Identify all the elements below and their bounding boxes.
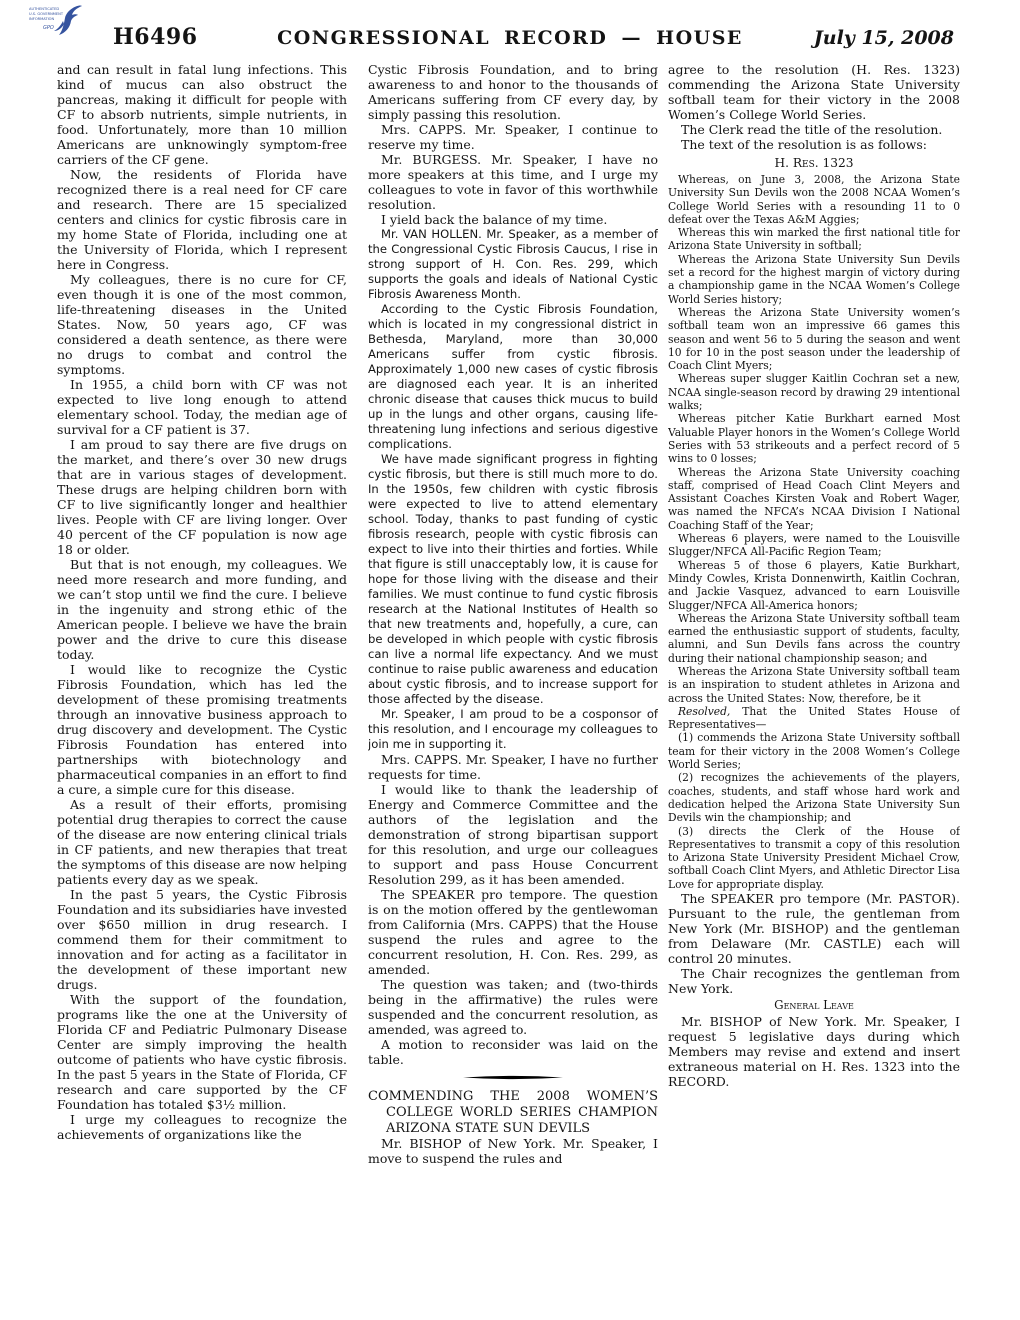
whereas-clause: Whereas this win marked the first nation… bbox=[668, 226, 960, 253]
stamp-line: INFORMATION bbox=[29, 17, 55, 21]
resolution-number-heading: H. Res. 1323 bbox=[668, 155, 960, 171]
record-title: CONGRESSIONAL RECORD — HOUSE bbox=[200, 27, 820, 49]
body-paragraph: As a result of their efforts, promising … bbox=[57, 797, 347, 887]
whereas-clause: Whereas the Arizona State University coa… bbox=[668, 466, 960, 532]
inserted-remarks-paragraph: We have made significant progress in fig… bbox=[368, 452, 658, 707]
body-paragraph: I urge my colleagues to recognize the ac… bbox=[57, 1112, 347, 1142]
resolution-clause: (3) directs the Clerk of the House of Re… bbox=[668, 825, 960, 891]
body-paragraph: In the past 5 years, the Cystic Fibrosis… bbox=[57, 887, 347, 992]
page-number: H6496 bbox=[113, 24, 198, 50]
body-paragraph: In 1955, a child born with CF was not ex… bbox=[57, 377, 347, 437]
resolution-clause: (2) recognizes the achievements of the p… bbox=[668, 771, 960, 824]
body-paragraph: A motion to reconsider was laid on the t… bbox=[368, 1037, 658, 1067]
stamp-gpo-label: GPO bbox=[43, 25, 54, 31]
whereas-clause: Whereas the Arizona State University Sun… bbox=[668, 253, 960, 306]
inserted-remarks-paragraph: Mr. VAN HOLLEN. Mr. Speaker, as a member… bbox=[368, 227, 658, 302]
gpo-eagle-icon: AUTHENTICATED U.S. GOVERNMENT INFORMATIO… bbox=[27, 3, 89, 37]
section-divider bbox=[463, 1074, 563, 1081]
column-1: and can result in fatal lung infections.… bbox=[57, 62, 347, 1242]
general-leave-heading: General Leave bbox=[668, 998, 960, 1013]
congressional-record-page: { "header": { "page_number": "H6496", "t… bbox=[0, 0, 1020, 1320]
whereas-clause: Whereas the Arizona State University sof… bbox=[668, 665, 960, 705]
gpo-authenticated-seal: AUTHENTICATED U.S. GOVERNMENT INFORMATIO… bbox=[27, 3, 89, 41]
resolved-clause: Resolved, That the United States House o… bbox=[668, 705, 960, 732]
whereas-clause: Whereas 6 players, were named to the Lou… bbox=[668, 532, 960, 559]
body-paragraph: and can result in fatal lung infections.… bbox=[57, 62, 347, 167]
stamp-line: U.S. GOVERNMENT bbox=[29, 12, 64, 16]
stamp-line: AUTHENTICATED bbox=[29, 7, 59, 11]
body-paragraph: The Clerk read the title of the resoluti… bbox=[668, 122, 960, 137]
resolution-clause: (1) commends the Arizona State Universit… bbox=[668, 731, 960, 771]
whereas-clause: Whereas pitcher Katie Burkhart earned Mo… bbox=[668, 412, 960, 465]
whereas-clause: Whereas, on June 3, 2008, the Arizona St… bbox=[668, 173, 960, 226]
column-3: agree to the resolution (H. Res. 1323) c… bbox=[668, 62, 960, 1242]
body-paragraph: Mr. BISHOP of New York. Mr. Speaker, I m… bbox=[368, 1136, 658, 1166]
body-paragraph: I am proud to say there are five drugs o… bbox=[57, 437, 347, 557]
body-paragraph: Mr. BURGESS. Mr. Speaker, I have no more… bbox=[368, 152, 658, 212]
body-paragraph: Cystic Fibrosis Foundation, and to bring… bbox=[368, 62, 658, 122]
body-paragraph: Mrs. CAPPS. Mr. Speaker, I continue to r… bbox=[368, 122, 658, 152]
body-paragraph: I would like to thank the leadership of … bbox=[368, 782, 658, 887]
resolved-word: Resolved, bbox=[678, 705, 730, 718]
whereas-clause: Whereas the Arizona State University sof… bbox=[668, 612, 960, 665]
body-paragraph: The question was taken; and (two-thirds … bbox=[368, 977, 658, 1037]
body-paragraph: Mr. BISHOP of New York. Mr. Speaker, I r… bbox=[668, 1014, 960, 1089]
body-paragraph: But that is not enough, my colleagues. W… bbox=[57, 557, 347, 662]
section-heading: COMMENDING THE 2008 WOMEN’S COLLEGE WORL… bbox=[368, 1089, 658, 1136]
body-paragraph: I yield back the balance of my time. bbox=[368, 212, 658, 227]
body-paragraph: The SPEAKER pro tempore (Mr. PASTOR). Pu… bbox=[668, 891, 960, 966]
whereas-clause: Whereas the Arizona State University wom… bbox=[668, 306, 960, 372]
inserted-remarks-paragraph: According to the Cystic Fibrosis Foundat… bbox=[368, 302, 658, 452]
body-paragraph: I would like to recognize the Cystic Fib… bbox=[57, 662, 347, 797]
column-2: Cystic Fibrosis Foundation, and to bring… bbox=[368, 62, 658, 1242]
whereas-clause: Whereas super slugger Kaitlin Cochran se… bbox=[668, 372, 960, 412]
body-paragraph: The SPEAKER pro tempore. The question is… bbox=[368, 887, 658, 977]
body-paragraph: The Chair recognizes the gentleman from … bbox=[668, 966, 960, 996]
body-paragraph: With the support of the foundation, prog… bbox=[57, 992, 347, 1112]
record-date: July 15, 2008 bbox=[814, 27, 954, 49]
body-paragraph: Mrs. CAPPS. Mr. Speaker, I have no furth… bbox=[368, 752, 658, 782]
whereas-clause: Whereas 5 of those 6 players, Katie Burk… bbox=[668, 559, 960, 612]
body-paragraph: The text of the resolution is as follows… bbox=[668, 137, 960, 152]
body-paragraph: agree to the resolution (H. Res. 1323) c… bbox=[668, 62, 960, 122]
body-paragraph: Now, the residents of Florida have recog… bbox=[57, 167, 347, 272]
inserted-remarks-paragraph: Mr. Speaker, I am proud to be a cosponso… bbox=[368, 707, 658, 752]
body-paragraph: My colleagues, there is no cure for CF, … bbox=[57, 272, 347, 377]
